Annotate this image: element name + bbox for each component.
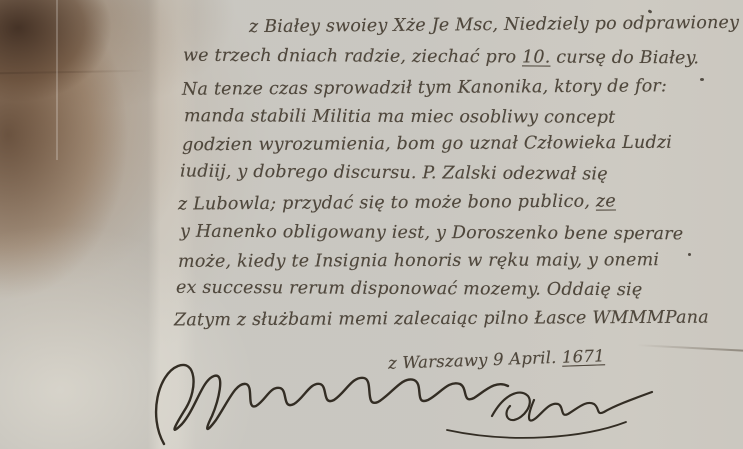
manuscript-line: z Białey swoiey Xże Je Msc, Niedziely po… bbox=[249, 13, 739, 37]
manuscript-line: we trzech dniach radzie, ziechać pro 10.… bbox=[183, 46, 699, 69]
manuscript-photo: z Białey swoiey Xże Je Msc, Niedziely po… bbox=[0, 0, 743, 449]
manuscript-line: Na tenze czas sprowadził tym Kanonika, k… bbox=[182, 76, 667, 99]
manuscript-line: może, kiedy te Insignia honoris w ręku m… bbox=[178, 250, 659, 272]
manuscript-line: godzien wyrozumienia, bom go uznał Człow… bbox=[182, 133, 672, 156]
manuscript-line: iudiij, y dobrego discursu. P. Zalski od… bbox=[180, 162, 608, 185]
ink-speck bbox=[688, 253, 691, 256]
manuscript-line: ex successu rerum disponować mozemy. Odd… bbox=[176, 278, 643, 300]
paper-crease bbox=[0, 70, 146, 75]
ink-speck bbox=[700, 78, 704, 81]
paper-crease bbox=[637, 344, 743, 352]
manuscript-line: Zatym z służbami memi zalecaiąc pilno Ła… bbox=[174, 308, 709, 331]
manuscript-line: manda stabili Militia ma miec osobliwy c… bbox=[184, 106, 615, 128]
manuscript-line: z Lubowla; przydać się to może bono publ… bbox=[178, 191, 616, 214]
signature bbox=[152, 358, 660, 448]
paper-fold bbox=[56, 0, 58, 160]
manuscript-line: y Hanenko obligowany iest, y Doroszenko … bbox=[180, 222, 683, 245]
